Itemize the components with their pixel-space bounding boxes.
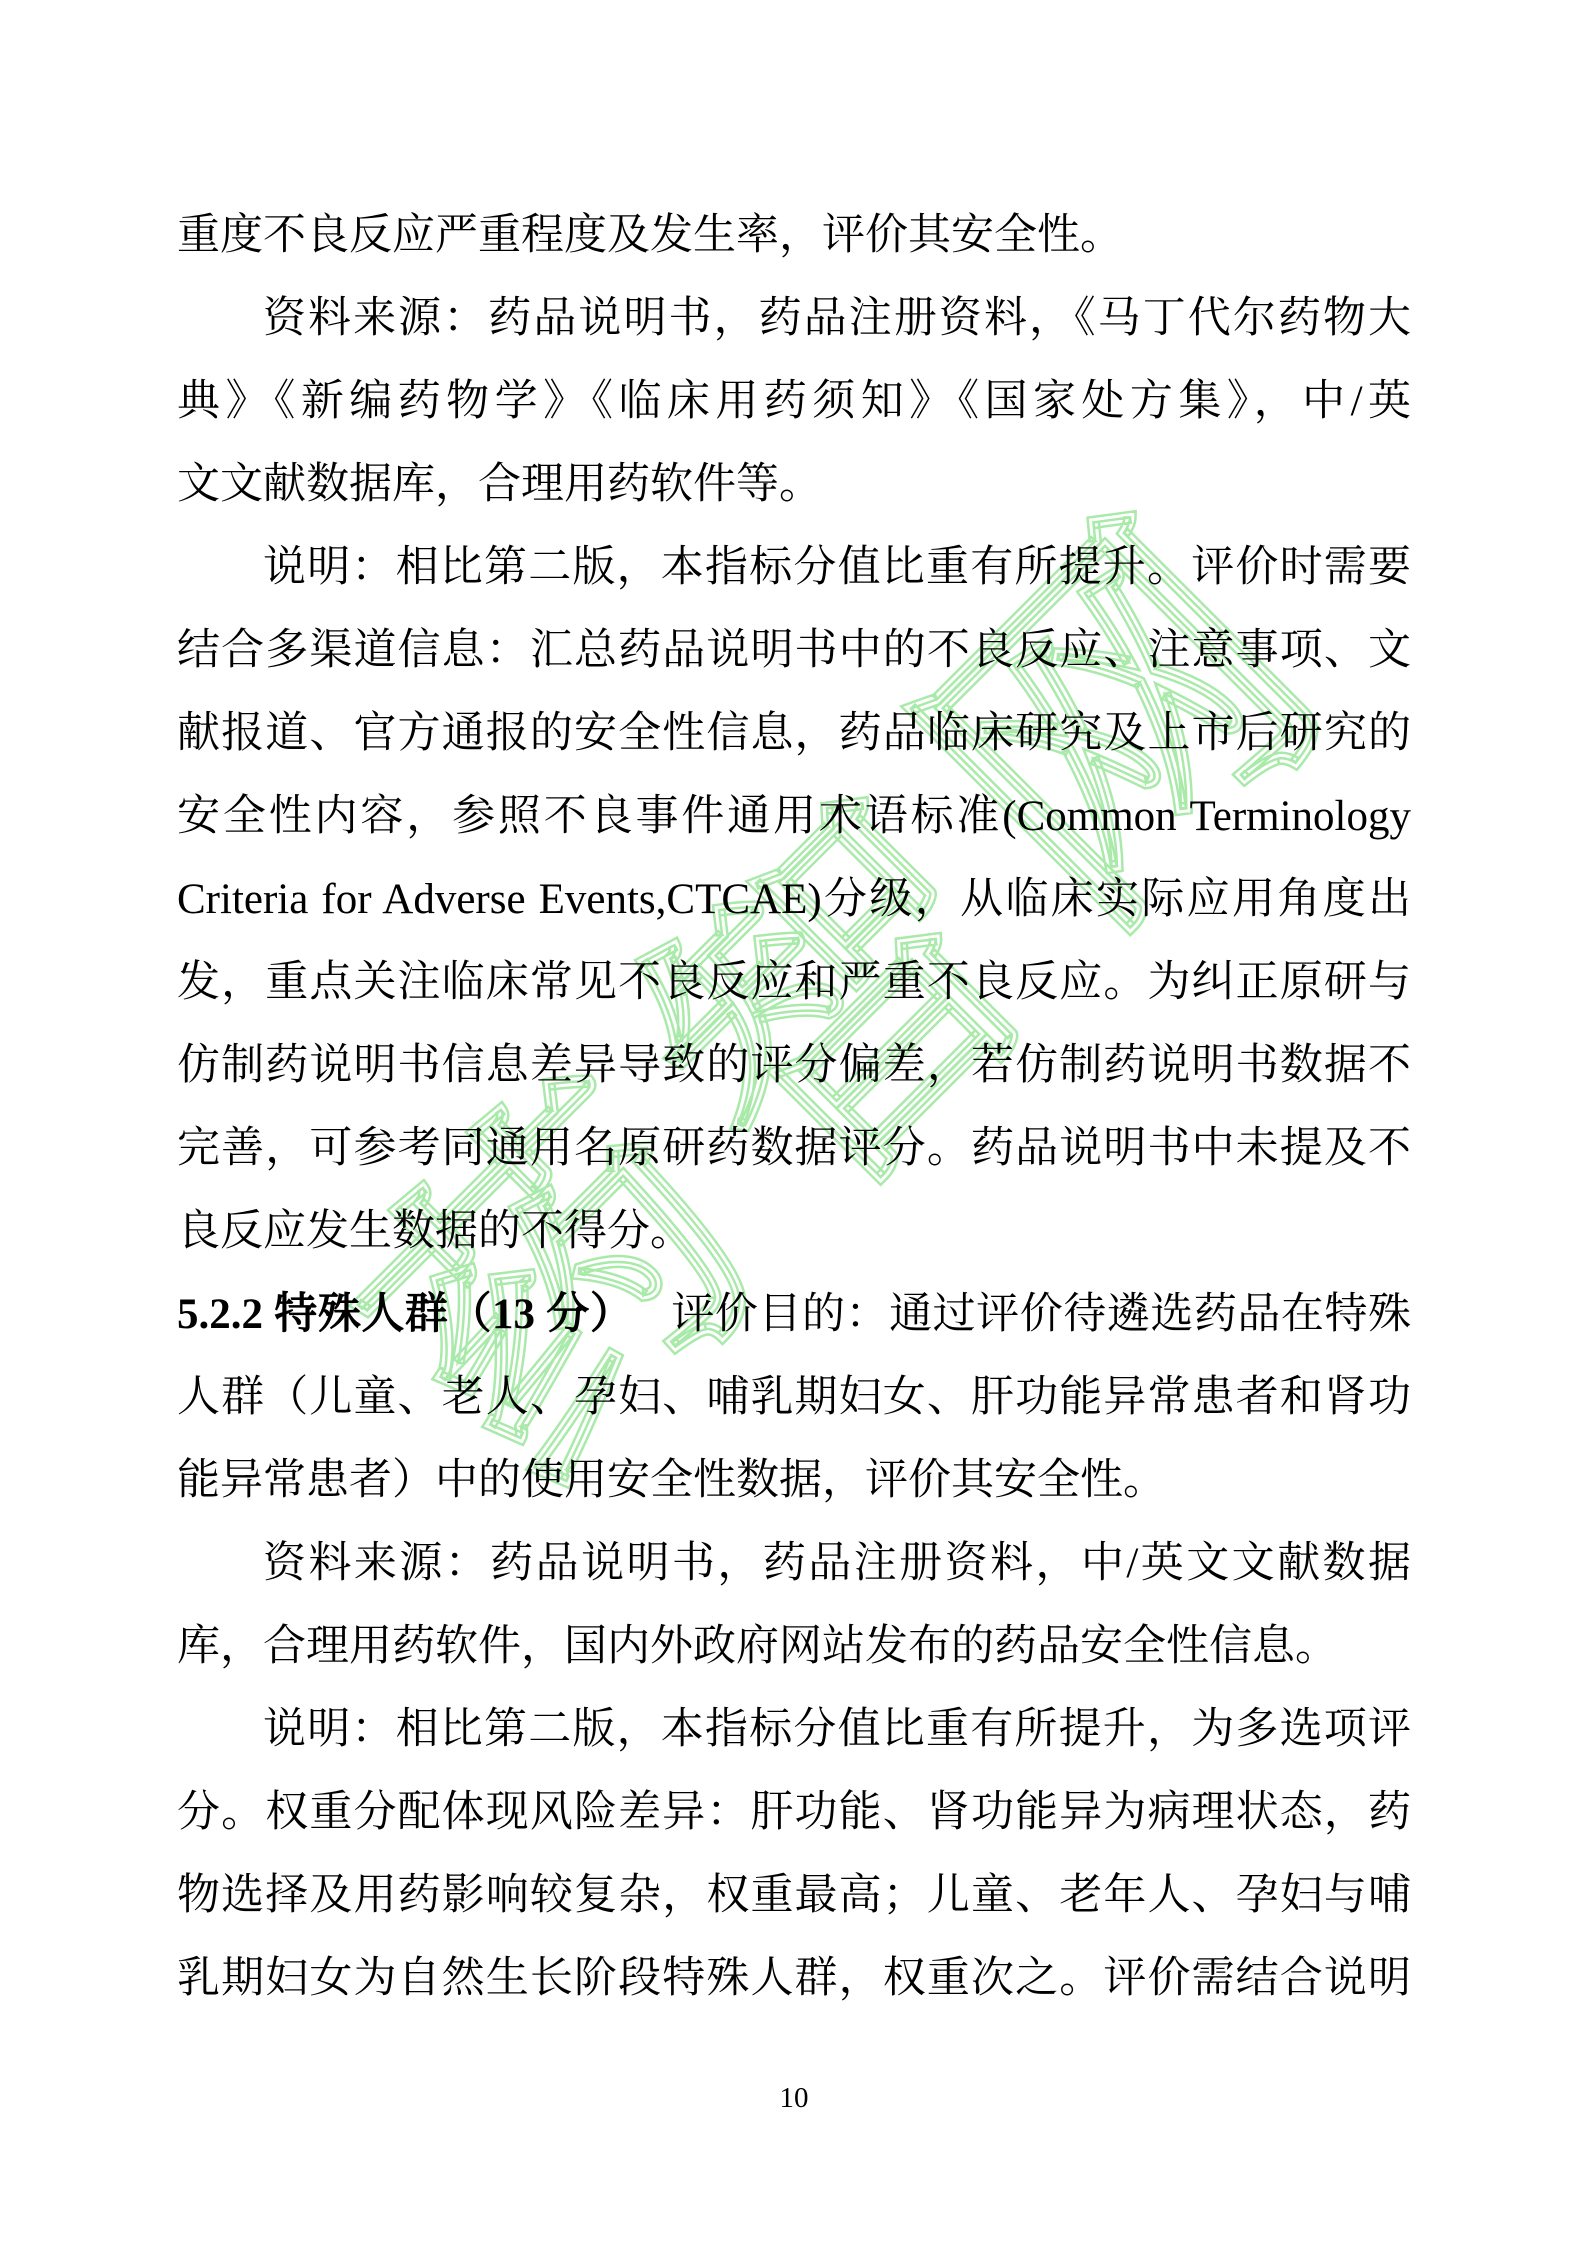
- text-line: 重度不良反应严重程度及发生率，评价其安全性。: [177, 194, 1411, 277]
- text-line: 献报道、官方通报的安全性信息，药品临床研究及上市后研究的: [177, 692, 1411, 775]
- section-heading: 5.2.2 特殊人群（13 分）: [177, 1291, 633, 1338]
- text-line: 良反应发生数据的不得分。: [177, 1190, 1411, 1273]
- text-line: 发，重点关注临床常见不良反应和严重不良反应。为纠正原研与: [177, 941, 1411, 1024]
- text-line: 库，合理用药软件，国内外政府网站发布的药品安全性信息。: [177, 1605, 1411, 1688]
- section-heading-line: 5.2.2 特殊人群（13 分）评价目的：通过评价待遴选药品在特殊: [177, 1273, 1411, 1356]
- text-line: 能异常患者）中的使用安全性数据，评价其安全性。: [177, 1439, 1411, 1522]
- text-line: 说明：相比第二版，本指标分值比重有所提升，为多选项评: [177, 1688, 1411, 1771]
- text-line: 人群（儿童、老人、孕妇、哺乳期妇女、肝功能异常患者和肾功: [177, 1356, 1411, 1439]
- page-number: 10: [0, 2078, 1588, 2118]
- text-line: 结合多渠道信息：汇总药品说明书中的不良反应、注意事项、文: [177, 609, 1411, 692]
- text-line: 分。权重分配体现风险差异：肝功能、肾功能异为病理状态，药: [177, 1771, 1411, 1854]
- text-line: Criteria for Adverse Events,CTCAE)分级，从临床…: [177, 858, 1411, 941]
- text-line: 资料来源：药品说明书，药品注册资料，《马丁代尔药物大: [177, 277, 1411, 360]
- text-line: 文文献数据库，合理用药软件等。: [177, 443, 1411, 526]
- text-line: 乳期妇女为自然生长阶段特殊人群，权重次之。评价需结合说明: [177, 1937, 1411, 2020]
- text-line: 说明：相比第二版，本指标分值比重有所提升。评价时需要: [177, 526, 1411, 609]
- text-line: 仿制药说明书信息差异导致的评分偏差，若仿制药说明书数据不: [177, 1024, 1411, 1107]
- text-line: 安全性内容，参照不良事件通用术语标准(Common Terminology: [177, 775, 1411, 858]
- text-line: 资料来源：药品说明书，药品注册资料，中/英文文献数据: [177, 1522, 1411, 1605]
- text-line: 典》《新编药物学》《临床用药须知》《国家处方集》，中/英: [177, 360, 1411, 443]
- section-heading-body: 评价目的：通过评价待遴选药品在特殊: [671, 1291, 1411, 1338]
- document-page: 药智网 重度不良反应严重程度及发生率，评价其安全性。 资料来源：药品说明书，药品…: [0, 0, 1588, 2245]
- document-body: 重度不良反应严重程度及发生率，评价其安全性。 资料来源：药品说明书，药品注册资料…: [177, 194, 1411, 2020]
- text-line: 完善，可参考同通用名原研药数据评分。药品说明书中未提及不: [177, 1107, 1411, 1190]
- text-line: 物选择及用药影响较复杂，权重最高；儿童、老年人、孕妇与哺: [177, 1854, 1411, 1937]
